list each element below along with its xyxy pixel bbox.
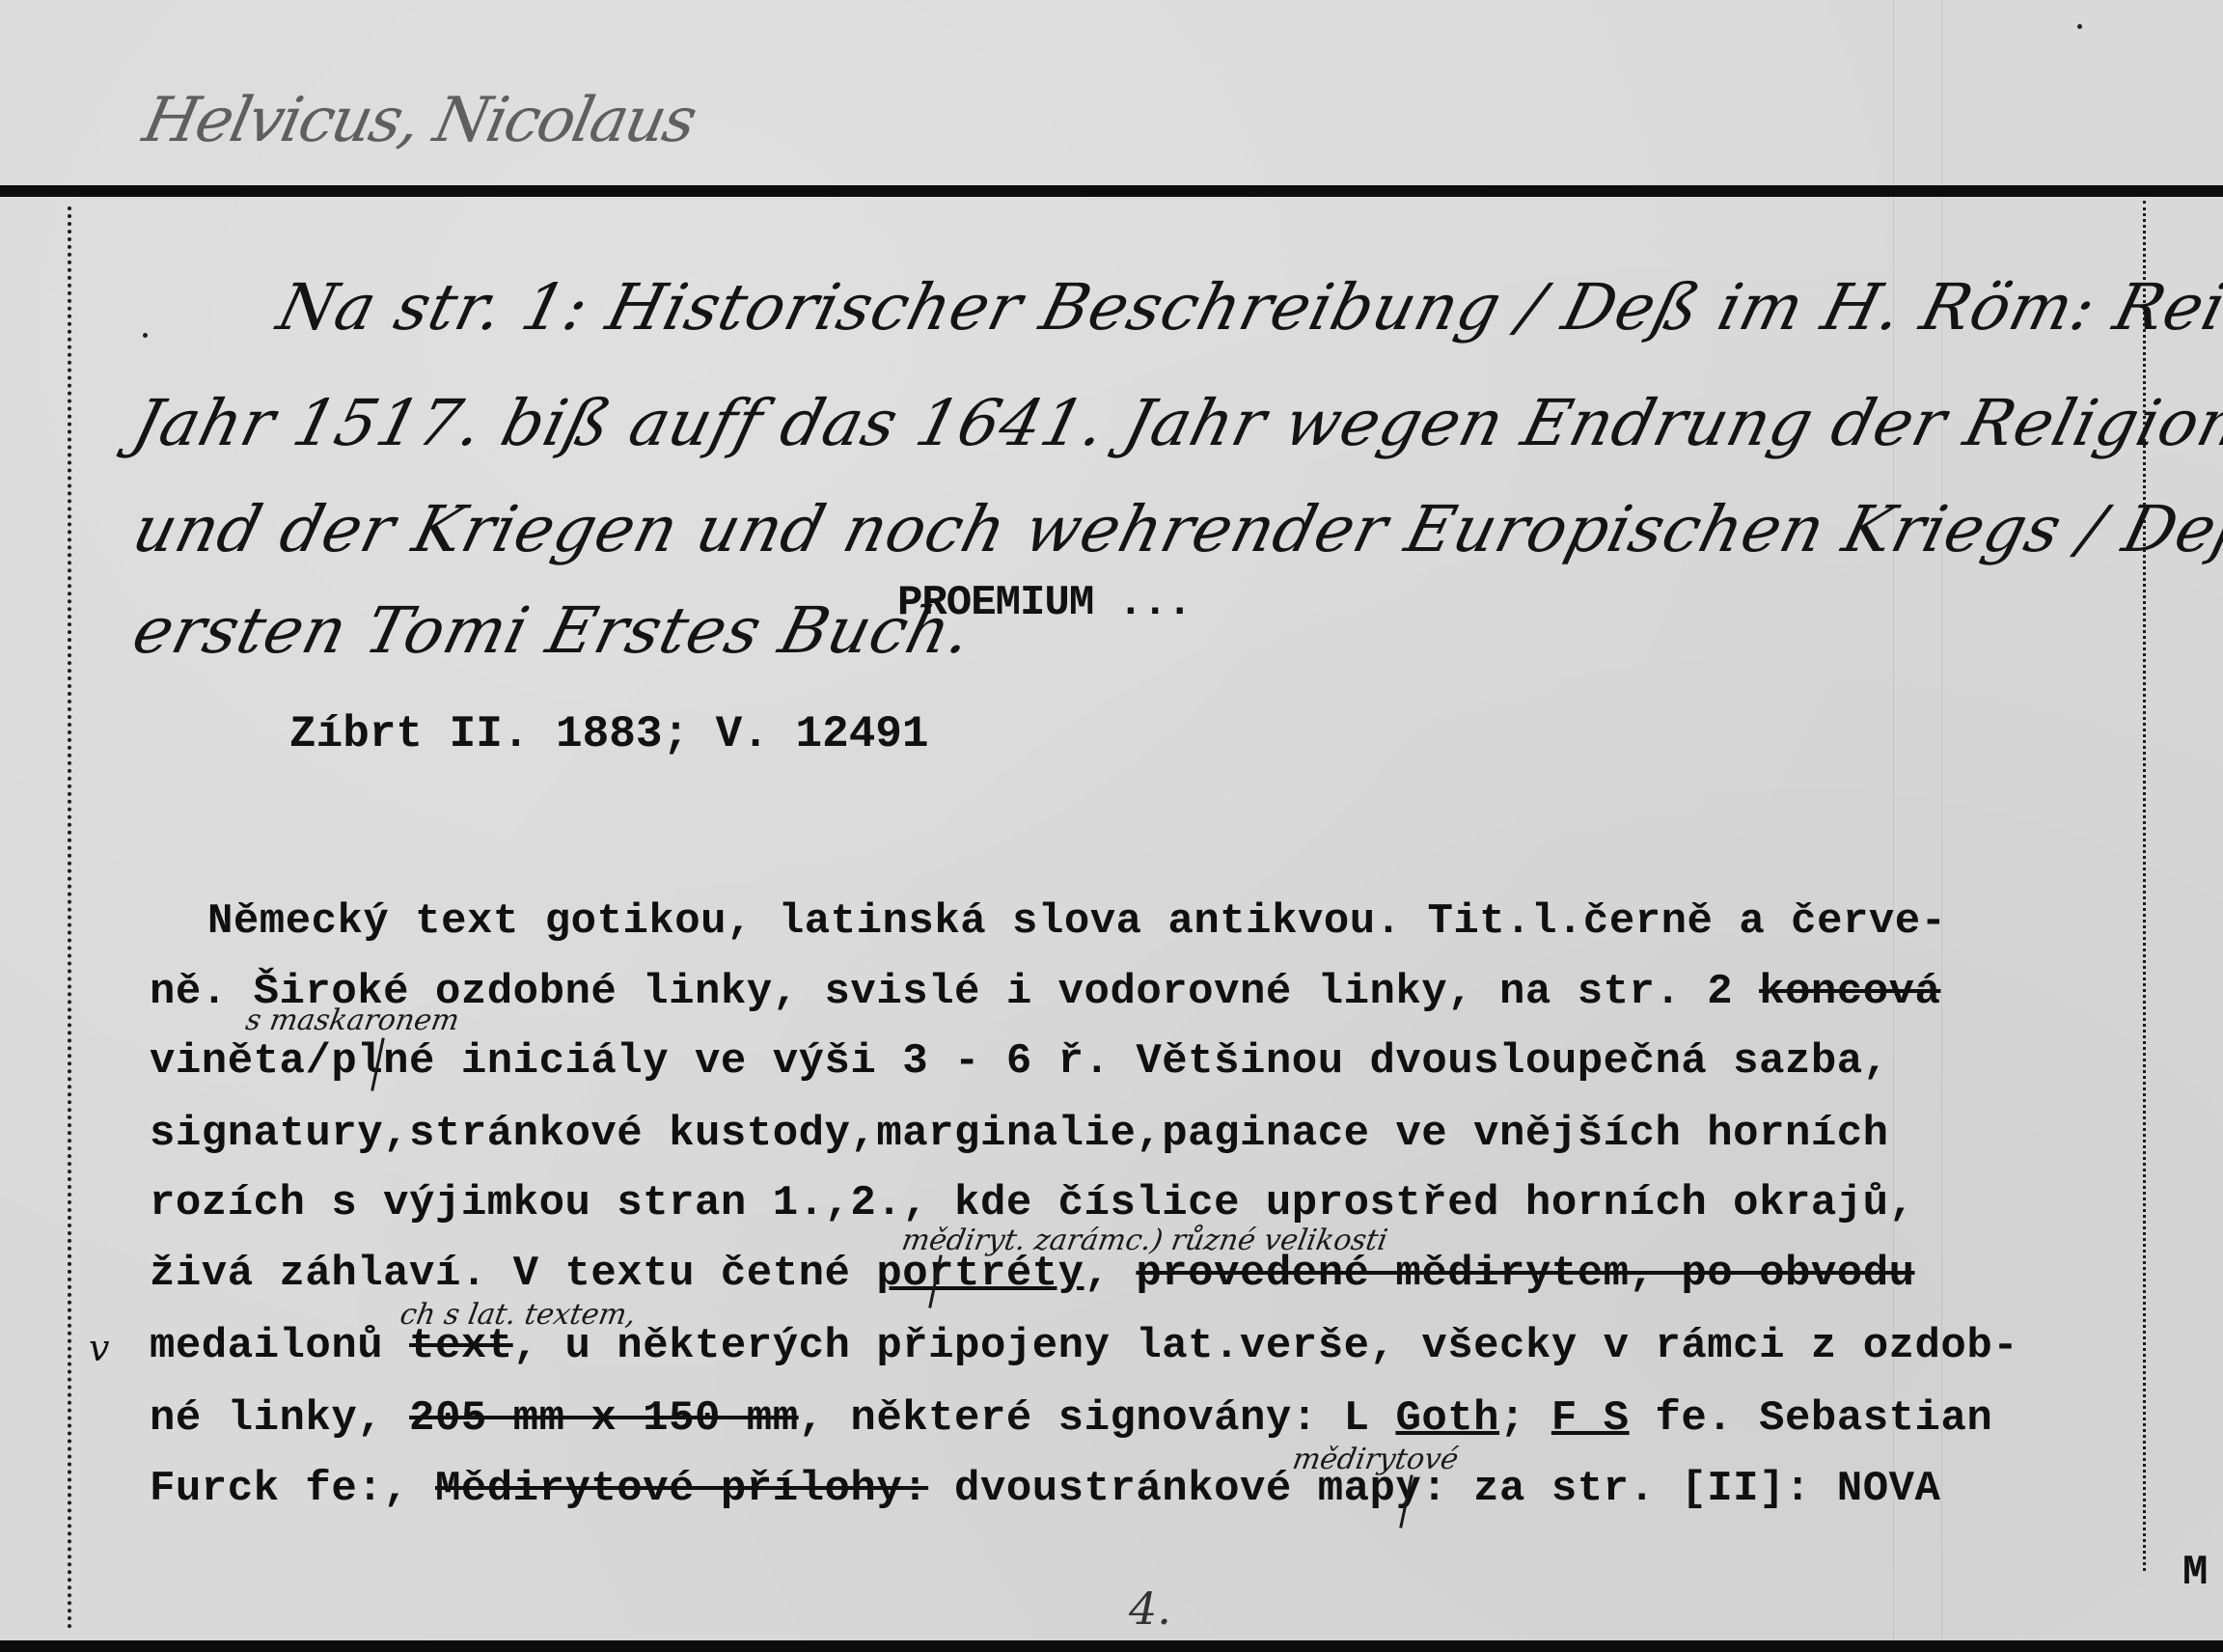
left-margin-dotted-line [68, 206, 71, 1630]
insertion-s-maskaronem: s maskaronem [243, 1004, 462, 1037]
text-segment: živá záhlaví. V textu četné [150, 1250, 876, 1298]
page-number: 4. [1129, 1583, 1171, 1635]
author-heading-handwritten: Helvicus, Nicolaus [137, 85, 701, 156]
description-line: né linky, 205 mm x 150 mm, některé signo… [150, 1394, 2176, 1443]
description-line: Furck fe:, Mědirytové přílohy: dvoustrán… [150, 1465, 2176, 1513]
insertion-s-lat-textem: ch s lat. textem, [398, 1298, 639, 1332]
margin-mark: v [89, 1327, 109, 1369]
text-segment: , u některých připojeny lat.verše, všeck… [513, 1322, 2018, 1370]
underlined-text: F S [1551, 1394, 1630, 1443]
description-line: rozích s výjimkou stran 1.,2., kde čísli… [150, 1179, 2176, 1227]
insertion-mediryt-zaramc: mědiryt. zarámc.) různé velikosti [899, 1224, 1390, 1257]
text-segment: / [305, 1037, 331, 1086]
text-segment: Furck fe:, [150, 1465, 435, 1513]
catalog-card: Helvicus, Nicolaus Na str. 1: Historisch… [0, 0, 2223, 1640]
side-letter: M [2182, 1549, 2208, 1597]
title-kurrent-line-1: Na str. 1: Historischer Beschreibung / D… [270, 270, 2223, 344]
insertion-medirytove: mědirytové [1290, 1443, 1461, 1476]
struck-text: koncová [1759, 968, 1940, 1016]
description-line: viněta/plné iniciály ve výši 3 - 6 ř. Vě… [150, 1037, 2176, 1086]
proemium-label: PROEMIUM ... [897, 579, 1192, 627]
text-segment: viněta [150, 1037, 305, 1086]
ink-speck [143, 333, 148, 338]
description-line: Německý text gotikou, latinská slova ant… [207, 897, 2223, 946]
struck-text: Mědirytové přílohy: [435, 1465, 928, 1513]
text-segment: plné iniciály ve výši 3 - 6 ř. Většinou … [331, 1037, 1888, 1086]
text-segment: Německý text gotikou, latinská slova ant… [207, 897, 1947, 946]
text-segment: rozích s výjimkou stran 1.,2., kde čísli… [150, 1179, 1915, 1227]
text-segment: , některé signovány: L [799, 1394, 1396, 1443]
title-kurrent-line-3: und der Kriegen und noch wehrender Europ… [125, 492, 2131, 566]
underlined-text: Goth [1395, 1394, 1499, 1443]
header-rule [0, 185, 2223, 197]
scan-bottom-edge [0, 1640, 2223, 1652]
title-kurrent-line-2: Jahr 1517. biß auff das 1641. Jahr wegen… [125, 386, 2131, 460]
ink-speck [2077, 24, 2082, 29]
text-segment: medailonů [150, 1322, 409, 1370]
bibliographic-reference: Zíbrt II. 1883; V. 12491 [289, 709, 929, 759]
description-line: signatury,stránkové kustody,marginalie,p… [150, 1110, 2176, 1158]
text-segment: signatury,stránkové kustody,marginalie,p… [150, 1110, 1889, 1158]
text-segment: fe. Sebastian [1630, 1394, 1993, 1443]
text-segment: né linky, [150, 1394, 409, 1443]
struck-text: 205 mm x 150 mm [409, 1394, 799, 1443]
text-segment: ; [1499, 1394, 1551, 1443]
